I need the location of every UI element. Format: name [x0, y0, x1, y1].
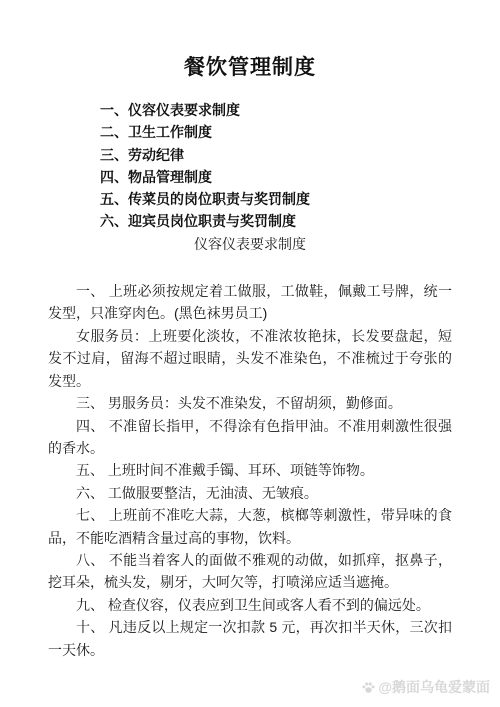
- toc-item: 四、物品管理制度: [100, 166, 452, 188]
- document-title: 餐饮管理制度: [0, 0, 500, 83]
- watermark-text: @鹅面乌龟爱蒙面: [378, 677, 490, 697]
- toc-item: 一、仪容仪表要求制度: [100, 99, 452, 121]
- toc-item: 六、迎宾员岗位职责与奖罚制度: [100, 210, 452, 232]
- toc-item: 三、劳动纪律: [100, 144, 452, 166]
- toc-item: 五、传菜员的岗位职责与奖罚制度: [100, 188, 452, 210]
- body-paragraph: 十、 凡违反以上规定一次扣款 5 元，再次扣半天休，三次扣一天休。: [48, 616, 452, 661]
- section-heading: 仪容仪表要求制度: [0, 233, 500, 255]
- watermark: @鹅面乌龟爱蒙面: [361, 677, 490, 697]
- body-paragraph: 九、 检查仪容，仪表应到卫生间或客人看不到的偏远处。: [48, 594, 452, 616]
- body-paragraph: 五、 上班时间不准戴手镯、耳环、项链等饰物。: [48, 459, 452, 481]
- body-paragraph: 三、 男服务员：头发不准染发，不留胡须，勤修面。: [48, 392, 452, 414]
- document-body: 一、 上班必须按规定着工做服，工做鞋，佩戴工号牌，统一发型，只准穿肉色。(黑色袜…: [48, 280, 452, 661]
- document-page: 餐饮管理制度 一、仪容仪表要求制度 二、卫生工作制度 三、劳动纪律 四、物品管理…: [0, 0, 500, 707]
- body-paragraph: 六、 工做服要整洁，无油渍、无皱痕。: [48, 482, 452, 504]
- body-paragraph: 女服务员：上班要化淡妆，不准浓妆艳抹，长发要盘起，短发不过肩，留海不超过眼睛，头…: [48, 325, 452, 392]
- body-paragraph: 七、 上班前不准吃大蒜，大葱，槟榔等刺激性，带异味的食品，不能吃酒精含量过高的事…: [48, 504, 452, 549]
- toc-list: 一、仪容仪表要求制度 二、卫生工作制度 三、劳动纪律 四、物品管理制度 五、传菜…: [100, 99, 452, 233]
- body-paragraph: 八、 不能当着客人的面做不雅观的动做，如抓痒，抠鼻子，挖耳朵，梳头发，剔牙，大呵…: [48, 549, 452, 594]
- body-paragraph: 四、 不准留长指甲，不得涂有色指甲油。不准用刺激性很强的香水。: [48, 415, 452, 460]
- body-paragraph: 一、 上班必须按规定着工做服，工做鞋，佩戴工号牌，统一发型，只准穿肉色。(黑色袜…: [48, 280, 452, 325]
- paw-icon: [361, 680, 376, 695]
- toc-item: 二、卫生工作制度: [100, 121, 452, 143]
